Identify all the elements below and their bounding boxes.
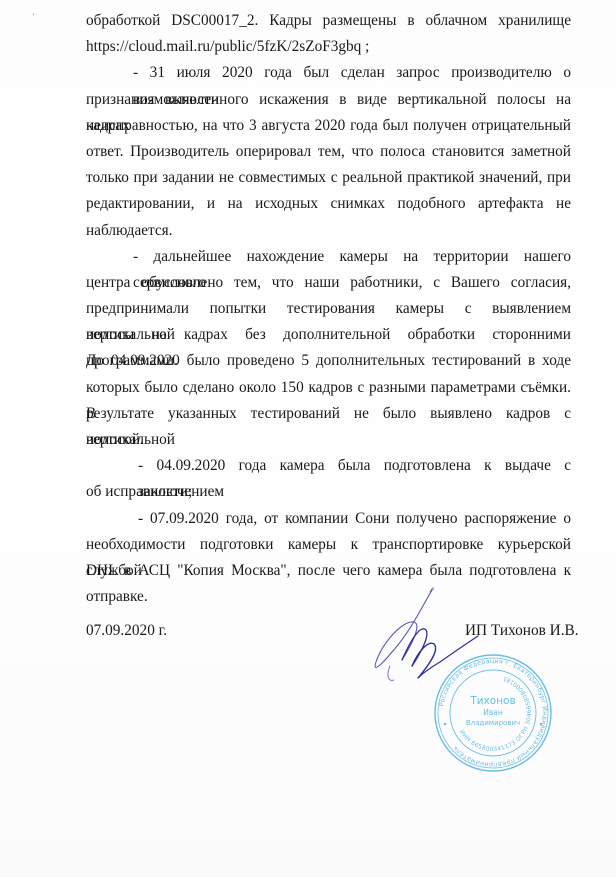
body-line: необходимости подготовки камеры к трансп… bbox=[86, 532, 571, 558]
body-line: об исправности; bbox=[86, 479, 571, 505]
body-line: полосы на кадрах без дополнительной обра… bbox=[86, 322, 571, 348]
stamp-first-name: Иван bbox=[483, 708, 503, 717]
body-line: - дальнейшее нахождение камеры на террит… bbox=[86, 244, 571, 270]
document-date: 07.09.2020 г. bbox=[86, 622, 167, 640]
body-line: DHL в АСЦ "Копия Москва", после чего кам… bbox=[86, 558, 571, 584]
company-seal-stamp: Российская Федерация г. Екатеринбург Инд… bbox=[432, 652, 554, 774]
stamp-surname: Тихонов bbox=[469, 695, 515, 707]
body-line: отправке. bbox=[86, 584, 571, 610]
body-line: признания выявленного искажения в виде в… bbox=[86, 87, 571, 113]
body-line: результате указанных тестирований не был… bbox=[86, 401, 571, 427]
document-body: обработкой DSC00017_2. Кадры размещены в… bbox=[86, 8, 571, 610]
stamp-patronymic: Владимирович bbox=[466, 719, 520, 727]
body-line: - 04.09.2020 года камера была подготовле… bbox=[86, 453, 571, 479]
cloud-link: https://cloud.mail.ru/public/5fzK/2sZoF3… bbox=[86, 34, 571, 60]
scan-artifact-mark: ' bbox=[33, 12, 35, 22]
body-line: неисправностью, на что 3 августа 2020 го… bbox=[86, 113, 571, 139]
body-line: До 04.09.2020 было проведено 5 дополните… bbox=[86, 348, 571, 374]
body-line: редактировании, и на исходных снимках по… bbox=[86, 191, 571, 217]
signer-name: ИП Тихонов И.В. bbox=[465, 622, 579, 640]
body-line: обработкой DSC00017_2. Кадры размещены в… bbox=[86, 8, 571, 34]
body-line: только при задании не совместимых с реал… bbox=[86, 165, 571, 191]
body-line: - 07.09.2020 года, от компании Сони полу… bbox=[86, 506, 571, 532]
body-line: наблюдается. bbox=[86, 218, 571, 244]
body-line: предпринимали попытки тестирования камер… bbox=[86, 296, 571, 322]
body-line: которых было сделано около 150 кадров с … bbox=[86, 375, 571, 401]
body-line: - 31 июля 2020 года был сделан запрос пр… bbox=[86, 60, 571, 86]
document-page: ' обработкой DSC00017_2. Кадры размещены… bbox=[0, 0, 616, 877]
body-line: центра обусловлено тем, что наши работни… bbox=[86, 270, 571, 296]
body-line: ответ. Производитель оперировал тем, что… bbox=[86, 139, 571, 165]
